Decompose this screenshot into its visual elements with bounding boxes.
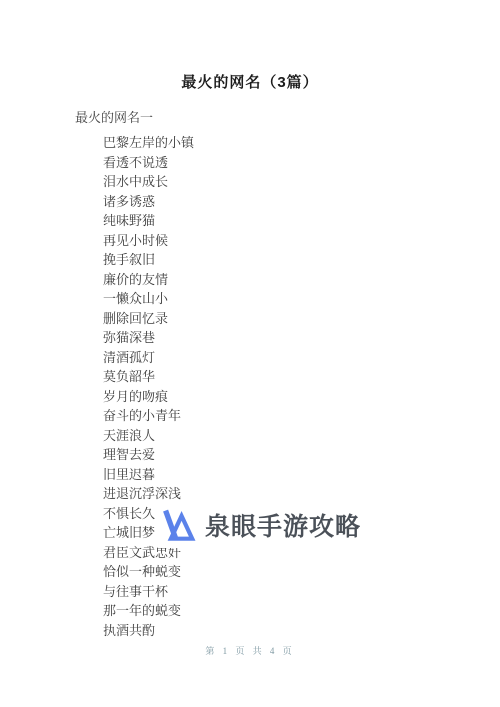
page-title: 最火的网名（3篇） [0, 0, 500, 94]
list-item: 天涯浪人 [103, 426, 500, 446]
list-item: 恰似一种蜕变 [103, 562, 500, 582]
list-item: 廉价的友情 [103, 270, 500, 290]
list-item: 执酒共酌 [103, 621, 500, 641]
list-item: 看透不说透 [103, 153, 500, 173]
list-item: 莫负韶华 [103, 367, 500, 387]
list-item: 奋斗的小青年 [103, 406, 500, 426]
list-item: 泪水中成长 [103, 172, 500, 192]
list-item: 与往事干杯 [103, 582, 500, 602]
list-item: 再见小时候 [103, 231, 500, 251]
list-item: 进退沉浮深浅 [103, 484, 500, 504]
name-list: 巴黎左岸的小镇 看透不说透 泪水中成长 诸多诱惑 纯味野猫 再见小时候 挽手叙旧… [103, 133, 500, 640]
list-item: 弥猫深巷 [103, 328, 500, 348]
list-item: 清酒孤灯 [103, 348, 500, 368]
list-item: 挽手叙旧 [103, 250, 500, 270]
list-item: 旧里迟暮 [103, 465, 500, 485]
list-item: 巴黎左岸的小镇 [103, 133, 500, 153]
list-item: 理智去爱 [103, 445, 500, 465]
page-number-footer: 第 1 页 共 4 页 [0, 644, 500, 657]
list-item: 岁月的吻痕 [103, 387, 500, 407]
watermark: 泉眼手游攻略 [158, 502, 365, 548]
list-item: 删除回忆录 [103, 309, 500, 329]
watermark-text: 泉眼手游攻略 [205, 507, 361, 543]
list-item: 诸多诱惑 [103, 192, 500, 212]
list-item: 纯味野猫 [103, 211, 500, 231]
section-heading: 最火的网名一 [75, 110, 500, 126]
list-item: 一懒众山小 [103, 289, 500, 309]
document-page: 最火的网名（3篇） 最火的网名一 巴黎左岸的小镇 看透不说透 泪水中成长 诸多诱… [0, 0, 500, 707]
triangle-logo-icon [158, 504, 196, 546]
list-item: 那一年的蜕变 [103, 601, 500, 621]
